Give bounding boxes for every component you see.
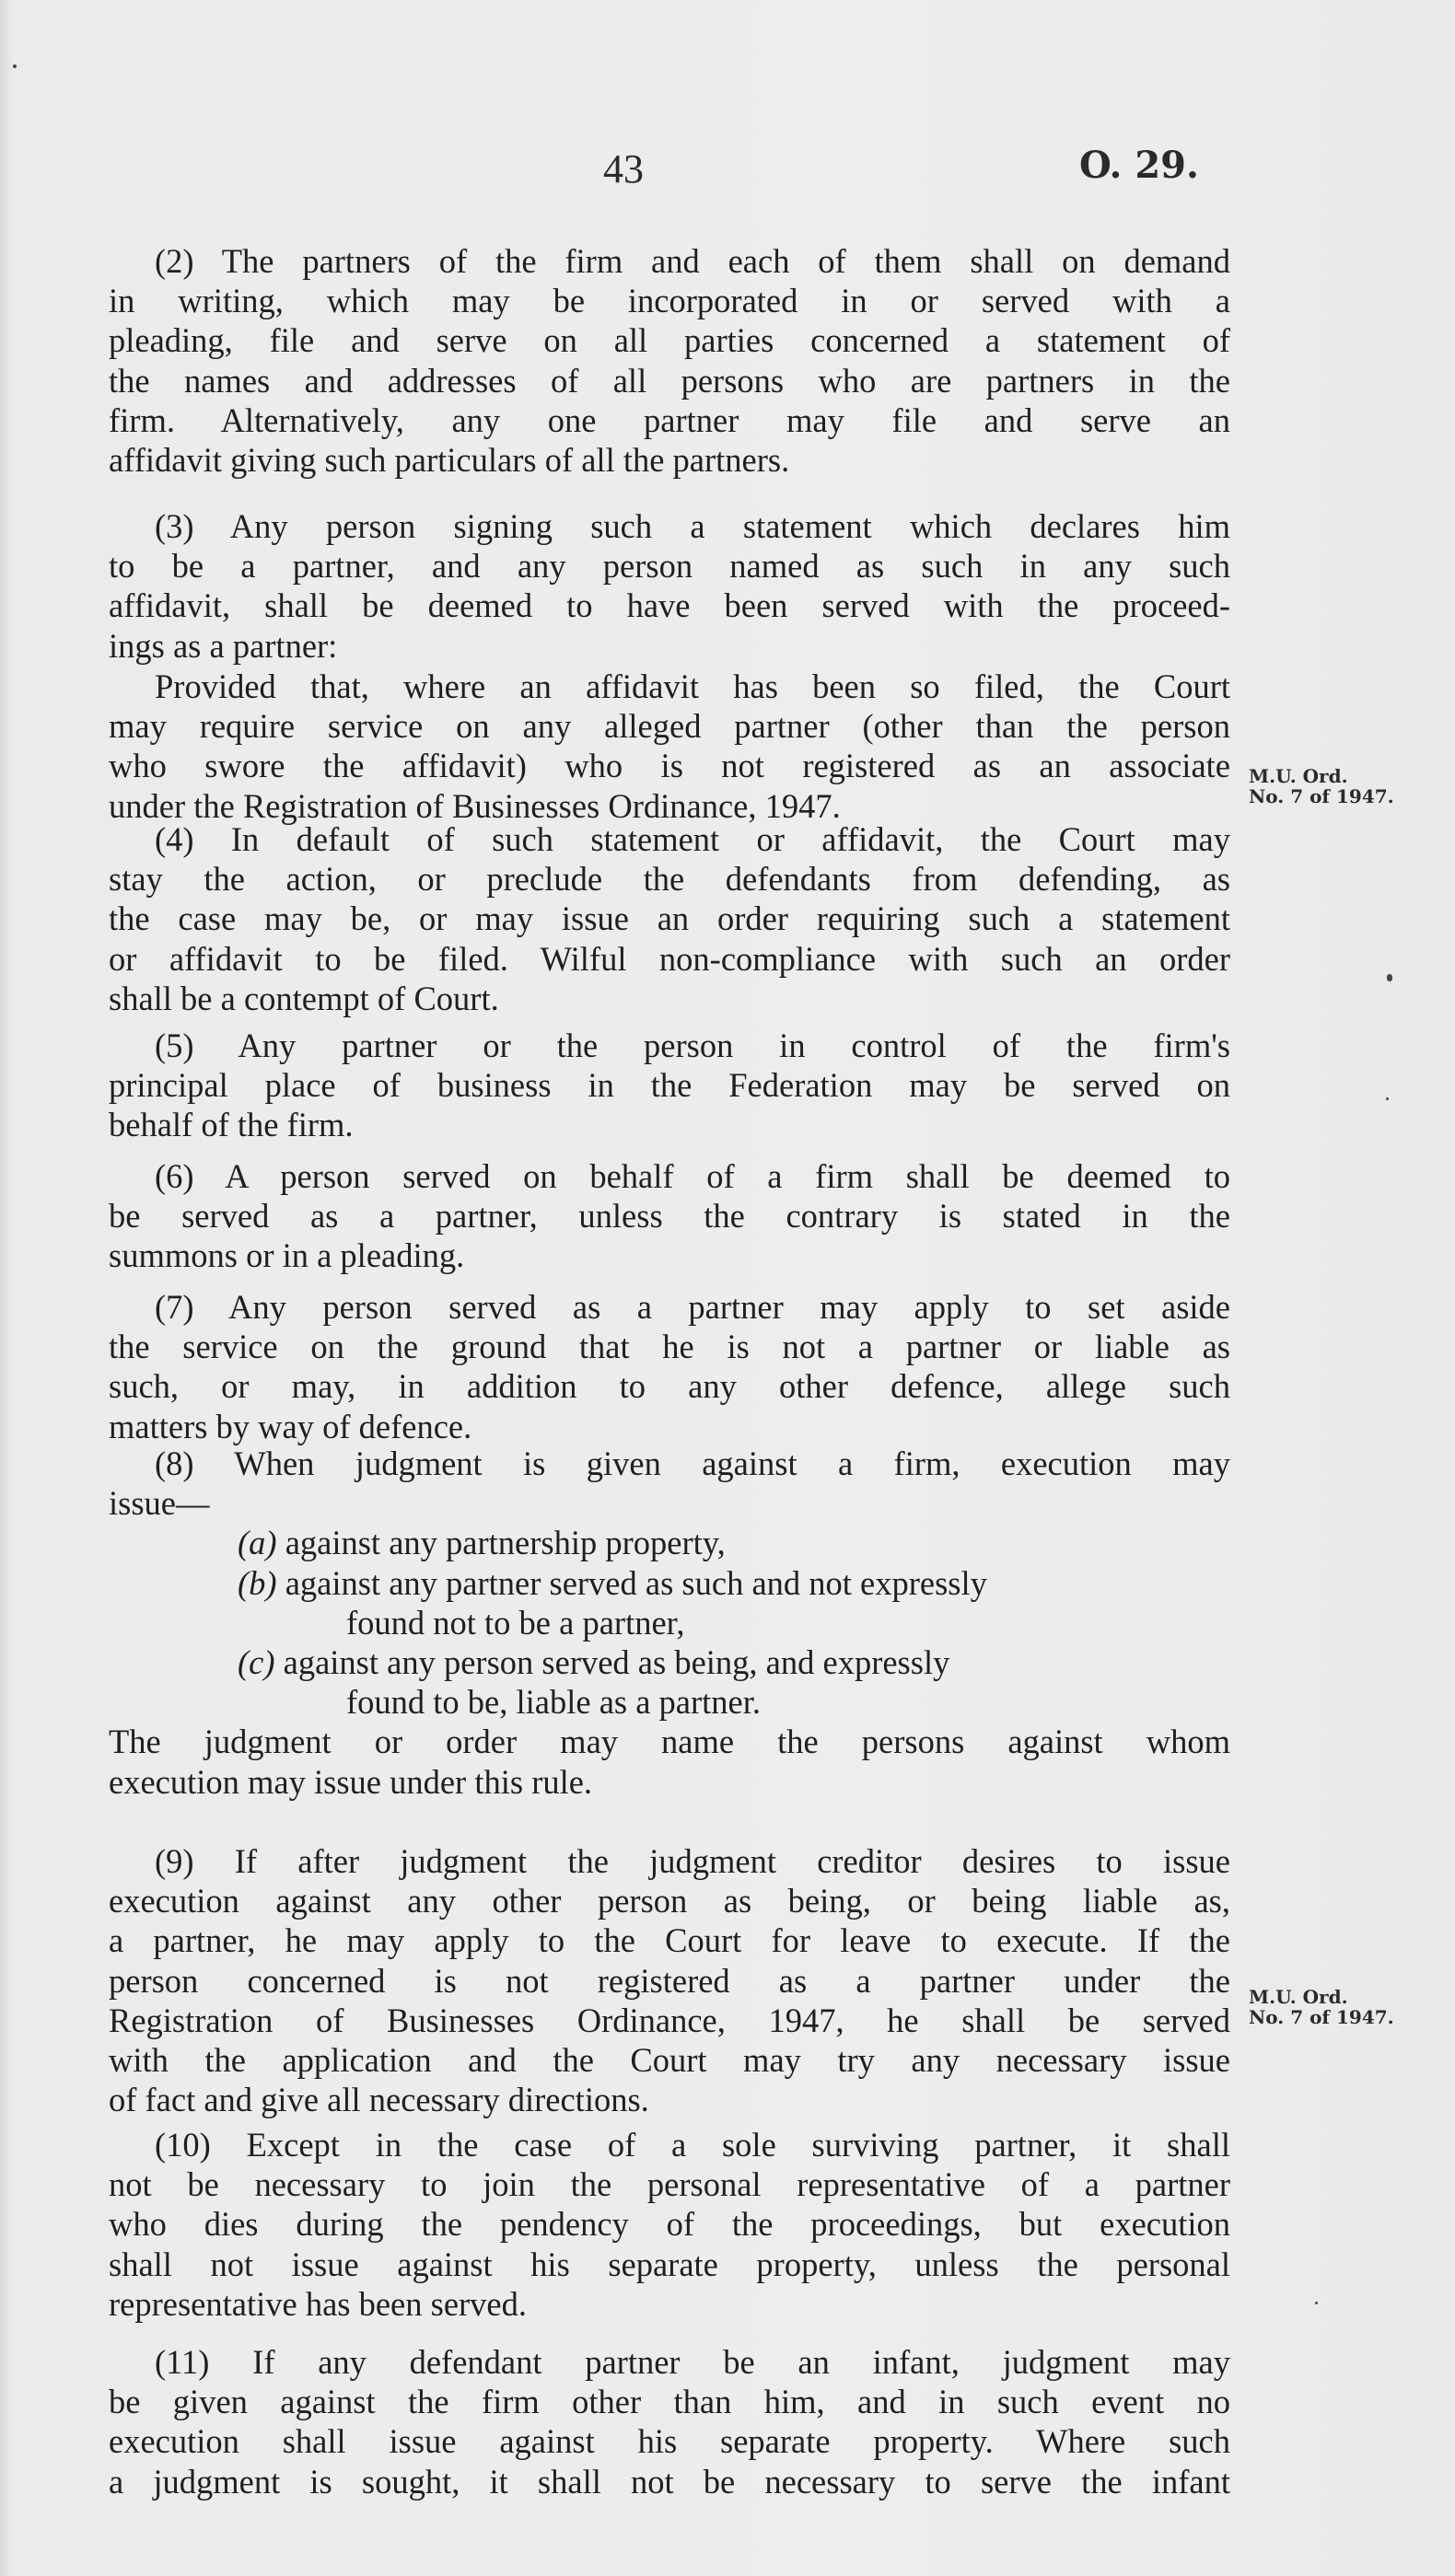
text-line: The judgment or order may name the perso… (109, 1722, 1230, 1761)
text-line: representative has been served. (109, 2284, 1230, 2324)
list-label: (b) (238, 1564, 277, 1602)
margin-note-line: M.U. Ord. (1249, 1987, 1394, 2007)
margin-note-line: M.U. Ord. (1249, 766, 1394, 786)
margin-note-line: No. 7 of 1947. (1249, 786, 1394, 806)
paragraph-10: (10) Except in the case of a sole surviv… (109, 2125, 1230, 2324)
paragraph-8: (8) When judgment is given against a fir… (109, 1444, 1230, 1802)
text-line: person concerned is not registered as a … (109, 1961, 1230, 2001)
text-line: (3) Any person signing such a statement … (109, 506, 1230, 546)
text-line: Registration of Businesses Ordinance, 19… (109, 2001, 1230, 2040)
scanned-page: 43 O. 29. (2) The partners of the firm a… (0, 0, 1455, 2576)
text-line: who swore the affidavit) who is not regi… (109, 746, 1230, 785)
text-line: shall be a contempt of Court. (109, 979, 1230, 1018)
text-line: execution may issue under this rule. (109, 1762, 1230, 1802)
paragraph-5: (5) Any partner or the person in control… (109, 1026, 1230, 1145)
paragraph-11: (11) If any defendant partner be an infa… (109, 2342, 1230, 2501)
text-line: (8) When judgment is given against a fir… (109, 1444, 1230, 1483)
text-line: in writing, which may be incorporated in… (109, 281, 1230, 320)
text-line: principal place of business in the Feder… (109, 1065, 1230, 1105)
scan-speck (1387, 974, 1392, 981)
scan-speck (1386, 1097, 1389, 1100)
paragraph-6: (6) A person served on behalf of a firm … (109, 1156, 1230, 1276)
text-line: the service on the ground that he is not… (109, 1327, 1230, 1366)
text-line: stay the action, or preclude the defenda… (109, 859, 1230, 899)
text-line: with the application and the Court may t… (109, 2040, 1230, 2080)
scan-speck (1315, 2302, 1318, 2304)
text-line: shall not issue against his separate pro… (109, 2245, 1230, 2284)
scan-speck (13, 64, 17, 68)
text-line: (7) Any person served as a partner may a… (109, 1287, 1230, 1327)
margin-note-2: M.U. Ord. No. 7 of 1947. (1249, 1987, 1394, 2027)
paragraph-4: (4) In default of such statement or affi… (109, 819, 1230, 1018)
text-line: affidavit giving such particulars of all… (109, 440, 1230, 480)
text-line: found not to be a partner, (109, 1603, 1230, 1642)
text-line: against any partner served as such and n… (285, 1564, 987, 1602)
text-line: (2) The partners of the firm and each of… (109, 241, 1230, 281)
page-number: 43 (603, 145, 644, 192)
list-item-c: (c) against any person served as being, … (109, 1642, 1230, 1682)
text-line: such, or may, in addition to any other d… (109, 1366, 1230, 1406)
text-line: (4) In default of such statement or affi… (109, 819, 1230, 859)
paragraph-9: (9) If after judgment the judgment credi… (109, 1841, 1230, 2119)
text-line: the case may be, or may issue an order r… (109, 899, 1230, 938)
text-line: the names and addresses of all persons w… (109, 361, 1230, 400)
text-line: found to be, liable as a partner. (109, 1682, 1230, 1722)
list-item-a: (a) against any partnership property, (109, 1523, 1230, 1562)
text-line: Provided that, where an affidavit has be… (109, 667, 1230, 706)
text-line: who dies during the pendency of the proc… (109, 2204, 1230, 2244)
margin-note-1: M.U. Ord. No. 7 of 1947. (1249, 766, 1394, 806)
text-line: or affidavit to be filed. Wilful non-com… (109, 939, 1230, 979)
list-item-b: (b) against any partner served as such a… (109, 1563, 1230, 1603)
text-line: summons or in a pleading. (109, 1236, 1230, 1275)
text-line: against any person served as being, and … (284, 1643, 950, 1681)
text-line: to be a partner, and any person named as… (109, 546, 1230, 586)
list-label: (a) (238, 1524, 277, 1561)
order-label: O. 29. (1079, 144, 1199, 187)
text-line: (5) Any partner or the person in control… (109, 1026, 1230, 1065)
proviso: Provided that, where an affidavit has be… (109, 667, 1230, 826)
text-line: (11) If any defendant partner be an infa… (109, 2342, 1230, 2382)
text-line: behalf of the firm. (109, 1105, 1230, 1144)
text-line: be given against the firm other than him… (109, 2382, 1230, 2421)
text-line: against any partnership property, (285, 1524, 726, 1561)
paragraph-3: (3) Any person signing such a statement … (109, 506, 1230, 666)
text-line: (6) A person served on behalf of a firm … (109, 1156, 1230, 1196)
text-line: of fact and give all necessary direction… (109, 2080, 1230, 2119)
text-line: execution shall issue against his separa… (109, 2421, 1230, 2461)
paragraph-7: (7) Any person served as a partner may a… (109, 1287, 1230, 1446)
margin-note-line: No. 7 of 1947. (1249, 2007, 1394, 2027)
text-line: ings as a partner: (109, 626, 1230, 666)
text-line: be served as a partner, unless the contr… (109, 1196, 1230, 1236)
paragraph-2: (2) The partners of the firm and each of… (109, 241, 1230, 480)
text-line: a partner, he may apply to the Court for… (109, 1920, 1230, 1960)
list-label: (c) (238, 1643, 275, 1681)
text-line: issue— (109, 1483, 1230, 1523)
text-line: execution against any other person as be… (109, 1881, 1230, 1920)
text-line: not be necessary to join the personal re… (109, 2164, 1230, 2204)
text-line: (9) If after judgment the judgment credi… (109, 1841, 1230, 1881)
text-line: firm. Alternatively, any one partner may… (109, 400, 1230, 440)
text-line: may require service on any alleged partn… (109, 706, 1230, 746)
text-line: (10) Except in the case of a sole surviv… (109, 2125, 1230, 2164)
text-line: a judgment is sought, it shall not be ne… (109, 2462, 1230, 2501)
text-line: matters by way of defence. (109, 1407, 1230, 1446)
text-line: pleading, file and serve on all parties … (109, 320, 1230, 360)
text-line: affidavit, shall be deemed to have been … (109, 586, 1230, 625)
